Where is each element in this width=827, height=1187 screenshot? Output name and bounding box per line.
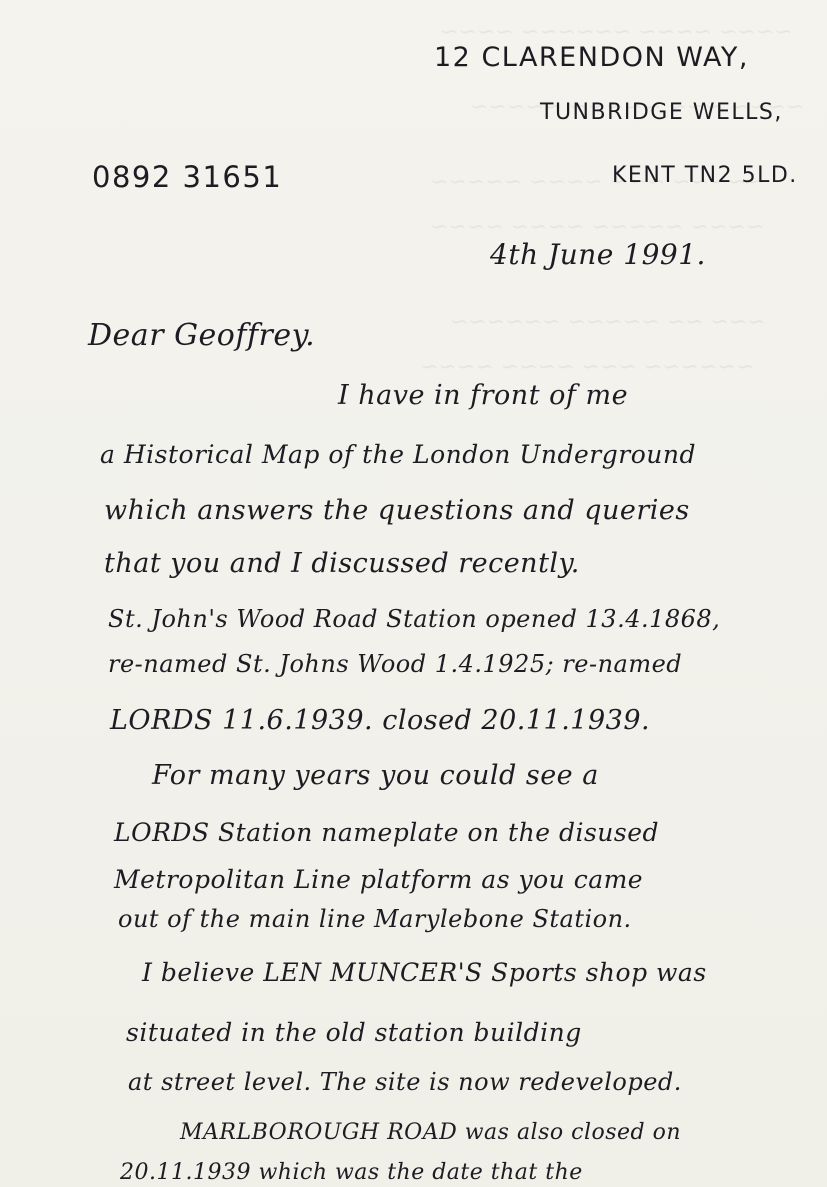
address-line-2: TUNBRIDGE WELLS,	[540, 100, 783, 125]
body-line: situated in the old station building	[126, 1018, 582, 1047]
body-line: at street level. The site is now redevel…	[128, 1068, 682, 1096]
body-line: re-named St. Johns Wood 1.4.1925; re-nam…	[108, 650, 682, 678]
body-line: 20.11.1939 which was the date that the	[120, 1160, 583, 1185]
address-line-3: KENT TN2 5LD.	[612, 163, 798, 188]
body-line: I believe LEN MUNCER'S Sports shop was	[142, 958, 707, 987]
body-line: which answers the questions and queries	[104, 495, 690, 526]
body-line: For many years you could see a	[152, 760, 599, 791]
bleed-through-text: ~~~~~~ ~~~ ~~~~ ~~~~	[420, 355, 754, 380]
body-line: that you and I discussed recently.	[104, 548, 580, 579]
body-line: out of the main line Marylebone Station.	[118, 905, 632, 933]
letter-date: 4th June 1991.	[490, 238, 706, 271]
bleed-through-text: ~~~~ ~~~~~ ~~~~ ~~~~	[430, 215, 764, 240]
body-line: MARLBOROUGH ROAD was also closed on	[180, 1120, 681, 1145]
body-line: I have in front of me	[338, 380, 628, 411]
phone-number: 0892 31651	[92, 160, 282, 194]
letter-page: ~~~~ ~~~~ ~~~~~~ ~~~~ ~~~~ ~~~ ~~~~~ ~~~…	[0, 0, 827, 1187]
body-line: Metropolitan Line platform as you came	[114, 865, 643, 894]
address-line-1: 12 CLARENDON WAY,	[434, 42, 749, 73]
body-line: LORDS 11.6.1939. closed 20.11.1939.	[110, 705, 650, 736]
salutation: Dear Geoffrey.	[88, 318, 315, 353]
body-line: LORDS Station nameplate on the disused	[114, 818, 659, 847]
body-line: a Historical Map of the London Undergrou…	[100, 440, 696, 469]
body-line: St. John's Wood Road Station opened 13.4…	[108, 605, 720, 633]
bleed-through-text: ~~~ ~~ ~~~~~ ~~~~~~	[450, 310, 766, 335]
